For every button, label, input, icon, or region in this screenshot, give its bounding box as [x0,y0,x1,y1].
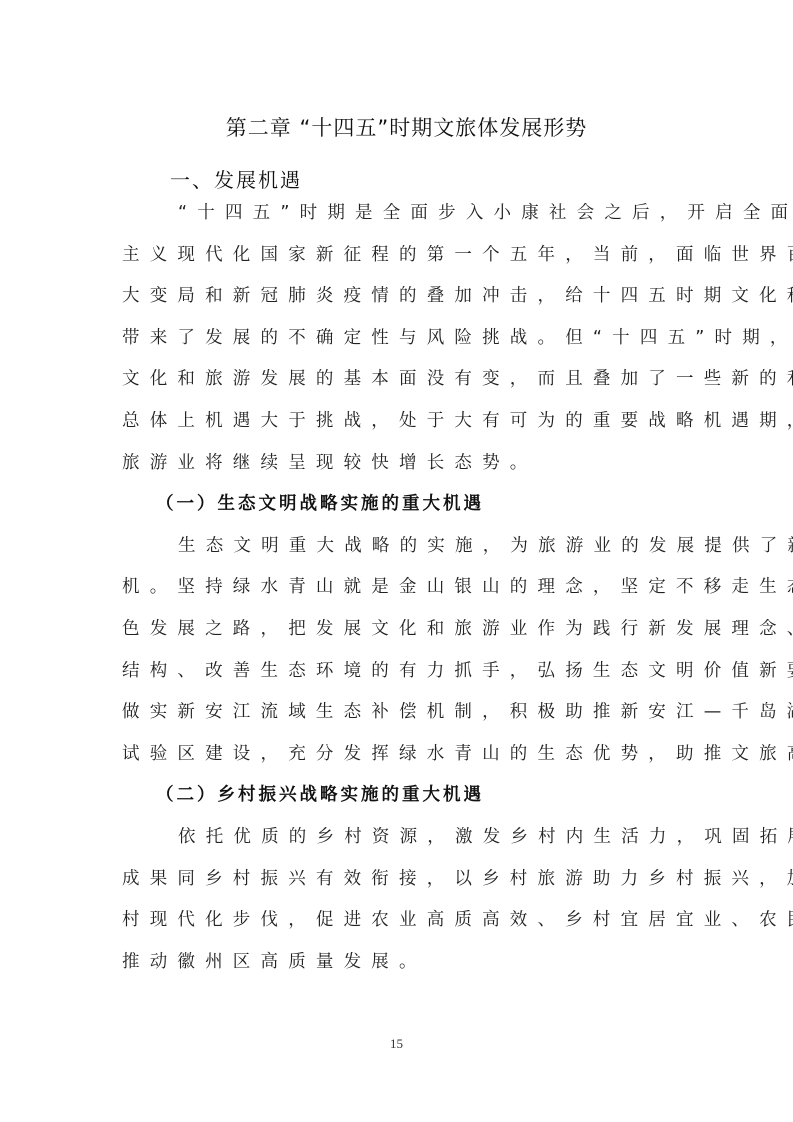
paragraph-line: 机。坚持绿水青山就是金山银山的理念，坚定不移走生态优先、绿 [122,567,687,609]
paragraph-line: 成果同乡村振兴有效衔接，以乡村旅游助力乡村振兴，加快农业农 [122,859,687,901]
paragraph-line: 推动徽州区高质量发展。 [122,942,687,984]
paragraph-line: 生态文明重大战略的实施，为旅游业的发展提供了新的发展契 [122,526,687,568]
page-number: 15 [0,1036,793,1052]
intro-paragraph: “十四五”时期是全面步入小康社会之后，开启全面建设社会 主义现代化国家新征程的第… [122,193,687,983]
chapter-title: 第二章 “十四五”时期文旅体发展形势 [0,112,793,142]
paragraph-line: 依托优质的乡村资源，激发乡村内生活力，巩固拓展脱贫攻坚 [122,817,687,859]
paragraph-line: 村现代化步伐，促进农业高质高效、乡村宜居宜业、农民富裕富足， [122,900,687,942]
subsection-heading-rural: （二）乡村振兴战略实施的重大机遇 [122,775,687,817]
paragraph-line: “十四五”时期是全面步入小康社会之后，开启全面建设社会 [122,193,687,235]
section-heading: 一、发展机遇 [170,164,302,193]
paragraph-line: 大变局和新冠肺炎疫情的叠加冲击，给十四五时期文化和旅游发展 [122,276,687,318]
paragraph-line: 色发展之路，把发展文化和旅游业作为践行新发展理念、调整经济 [122,609,687,651]
subsection-heading-ecology: （一）生态文明战略实施的重大机遇 [122,484,687,526]
paragraph-line: 主义现代化国家新征程的第一个五年，当前，面临世界百年未有之 [122,235,687,277]
paragraph-line: 做实新安江流域生态补偿机制，积极助推新安江—千岛湖生态补偿 [122,692,687,734]
paragraph-line: 试验区建设，充分发挥绿水青山的生态优势，助推文旅高质量发展。 [122,734,687,776]
paragraph-line: 总体上机遇大于挑战，处于大有可为的重要战略机遇期，我区文化 [122,401,687,443]
paragraph-line: 文化和旅游发展的基本面没有变，而且叠加了一些新的利好因素， [122,359,687,401]
paragraph-line: 带来了发展的不确定性与风险挑战。但“十四五”时期，支撑我区 [122,318,687,360]
paragraph-line: 旅游业将继续呈现较快增长态势。 [122,443,687,485]
document-page: 第二章 “十四五”时期文旅体发展形势 一、发展机遇 “十四五”时期是全面步入小康… [0,0,793,1122]
paragraph-line: 结构、改善生态环境的有力抓手，弘扬生态文明价值新要求，推深 [122,651,687,693]
